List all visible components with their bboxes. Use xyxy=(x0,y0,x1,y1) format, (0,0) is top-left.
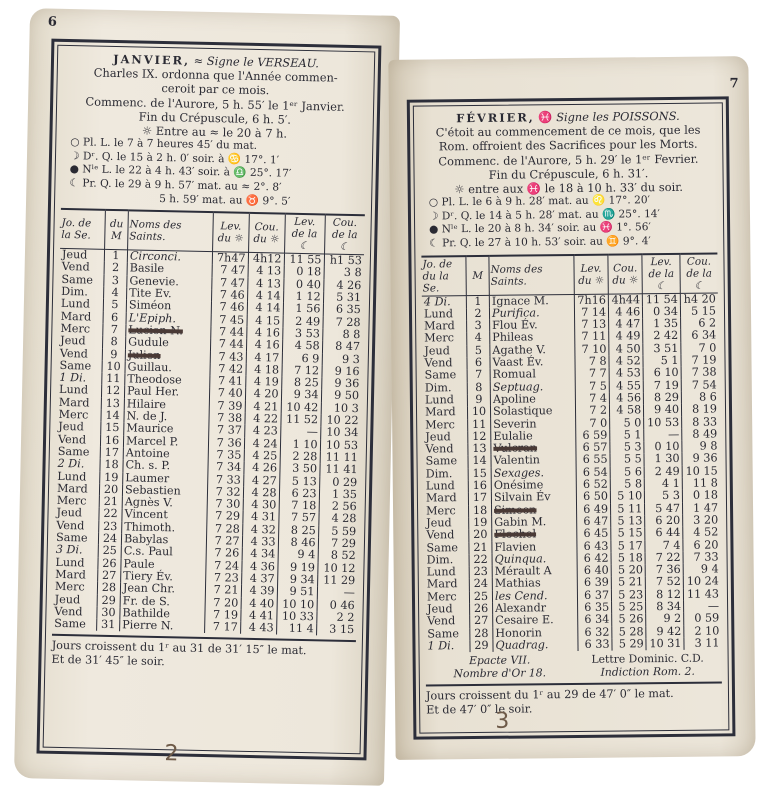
col-weekday: Jo. de la Se. xyxy=(60,209,105,249)
weekday-cell: Mard xyxy=(423,406,468,419)
weekday-cell: Vend xyxy=(424,529,469,542)
moonrise-cell: 3 50 xyxy=(279,463,319,476)
table-body: Jeud1Circonci.7h474h1211 55h1 53Vend2Bas… xyxy=(52,249,364,637)
day-number-cell: 7 xyxy=(467,369,490,382)
day-number-cell: 8 xyxy=(102,336,125,349)
weekday-cell: Same xyxy=(52,618,97,631)
day-number-cell: 27 xyxy=(470,615,493,628)
table-body: 4 Di.1Ignace M.7h164h4411 54h4 20Lund2Pu… xyxy=(422,293,722,653)
saint-cell: Pierre N. xyxy=(120,619,205,633)
day-number-cell: 10 xyxy=(467,406,490,419)
right-page: 7 FÉVRIER, ♓ Signe les POISSONS. C'étoit… xyxy=(388,56,755,760)
sunset-cell: 4 39 xyxy=(241,585,277,598)
sunset-cell: 4 26 xyxy=(243,462,279,475)
moonset-cell: 3 15 xyxy=(316,623,356,636)
month-header: JANVIER, ≈ Signe le VERSEAU. Charles IX.… xyxy=(62,51,368,143)
col-day: du M xyxy=(105,210,129,250)
moonrise-cell: 10 31 xyxy=(646,638,684,651)
zodiac-symbol: ≈ xyxy=(194,54,204,68)
col-sunrise: Lev. du ☼ xyxy=(574,254,608,294)
moonrise-cell: 11 4 xyxy=(276,623,316,636)
moon-phase: ☾ Pr. Q. le 27 à 10 h. 53′ soir. au ♊ 9°… xyxy=(429,234,717,251)
february-table: Jo. de du la Se. M Noms des Saints. Lev.… xyxy=(421,252,721,653)
sunset-cell: 4 43 xyxy=(240,622,276,635)
day-number-cell: 28 xyxy=(97,582,120,595)
weekday-cell: 1 Di. xyxy=(425,640,470,653)
sunrise-cell: 7 17 xyxy=(205,621,241,634)
left-page: 6 JANVIER, ≈ Signe le VERSEAU. Charles I… xyxy=(14,8,400,786)
indiction: Indiction Rom. 2. xyxy=(574,665,722,680)
sunset-cell: 4 58 xyxy=(610,405,644,418)
zodiac-sign: Signe les POISSONS. xyxy=(556,109,680,124)
pencil-page-mark: 3 xyxy=(495,709,509,734)
col-moonset: Cou. de la ☾ xyxy=(324,215,365,255)
month-header: FÉVRIER, ♓ Signe les POISSONS. C'étoit a… xyxy=(420,108,717,196)
sunrise-cell: 7 2 xyxy=(575,405,609,418)
day-number-cell: 31 xyxy=(97,619,120,632)
sunrise-cell: 7 34 xyxy=(208,461,244,474)
moonrise-cell: 6 44 xyxy=(645,527,683,540)
day-number-cell: 24 xyxy=(469,578,492,591)
moonset-cell: 8 19 xyxy=(681,404,719,417)
page-number: 6 xyxy=(48,15,57,30)
day-number-cell: 20 xyxy=(469,529,492,542)
moonset-cell: 11 41 xyxy=(319,464,359,477)
moonset-cell: 3 11 xyxy=(684,637,722,650)
sunrise-cell: 6 33 xyxy=(578,639,612,652)
zodiac-symbol: ♓ xyxy=(538,110,552,124)
sunset-cell: 4 16 xyxy=(246,339,282,352)
table-row: 1 Di.29Quadrag.6 335 2910 313 11 xyxy=(425,637,721,652)
month-title: FÉVRIER, xyxy=(456,110,535,125)
sunrise-cell: 6 45 xyxy=(577,528,611,541)
col-sunrise: Lev. du ☼ xyxy=(213,212,249,252)
sunset-cell: 5 29 xyxy=(612,638,646,651)
col-moonrise: Lev. de la ☾ xyxy=(284,214,325,254)
weekday-cell: Same xyxy=(423,369,468,382)
col-day: M xyxy=(466,255,489,295)
col-saint: Noms des Saints. xyxy=(128,211,214,252)
sunrise-cell: 7 21 xyxy=(205,584,241,597)
moonset-cell: — xyxy=(317,587,357,600)
day-number-cell: 25 xyxy=(98,545,121,558)
day-number-cell: 14 xyxy=(468,455,491,468)
day-length-note: Jours croissent du 1ʳ au 31 de 31′ 15″ l… xyxy=(51,634,356,672)
footer-line: Et de 47′ 0″ le soir. xyxy=(426,700,722,717)
col-weekday: Jo. de du la Se. xyxy=(421,256,466,296)
sunrise-cell: 7 44 xyxy=(210,338,246,351)
weekday-cell: Mard xyxy=(424,492,469,505)
moonset-cell: 4 52 xyxy=(683,527,721,540)
day-length-note: Jours croissent du 1ʳ au 29 de 47′ 0″ le… xyxy=(426,682,722,717)
pencil-page-mark: 2 xyxy=(164,741,179,766)
col-moonset: Cou. de la ☾ xyxy=(680,253,718,293)
almanac-extras: Epacte VII. Lettre Dominic. C.D. Nombre … xyxy=(426,652,722,681)
day-number-cell: 5 xyxy=(103,299,126,312)
moon-phases: ○ Pl. L. le 7 à 7 heures 45′ du mat. ☽ D… xyxy=(61,136,366,210)
moon-phases: ○ Pl. L. le 6 à 9 h. 28′ mat. au ♌ 17°. … xyxy=(421,194,718,251)
month-title: JANVIER, xyxy=(113,52,190,68)
page-number: 7 xyxy=(729,76,738,91)
day-number-cell: 17 xyxy=(468,492,491,505)
col-sunset: Cou. du ☼ xyxy=(608,254,643,294)
february-frame: FÉVRIER, ♓ Signe les POISSONS. C'étoit a… xyxy=(407,96,736,739)
saint-cell: Flochel xyxy=(492,528,577,541)
col-sunset: Cou. du ☼ xyxy=(248,213,285,253)
january-frame: JANVIER, ≈ Signe le VERSEAU. Charles IX.… xyxy=(36,39,381,761)
day-number-cell: 18 xyxy=(100,459,123,472)
weekday-cell: Vend xyxy=(425,615,470,628)
col-saint: Noms des Saints. xyxy=(489,255,574,295)
table-header: Jo. de la Se. du M Noms des Saints. Lev.… xyxy=(60,209,365,255)
golden-number: Nombre d'Or 18. xyxy=(426,666,574,681)
january-table: Jo. de la Se. du M Noms des Saints. Lev.… xyxy=(52,208,365,636)
day-number-cell: 15 xyxy=(101,422,124,435)
sunset-cell: 5 15 xyxy=(611,527,645,540)
table-header: Jo. de du la Se. M Noms des Saints. Lev.… xyxy=(421,253,717,296)
day-number-cell: 29 xyxy=(470,640,493,653)
saint-cell: Quadrag. xyxy=(493,639,578,652)
col-moonrise: Lev. de la ☾ xyxy=(642,253,680,293)
